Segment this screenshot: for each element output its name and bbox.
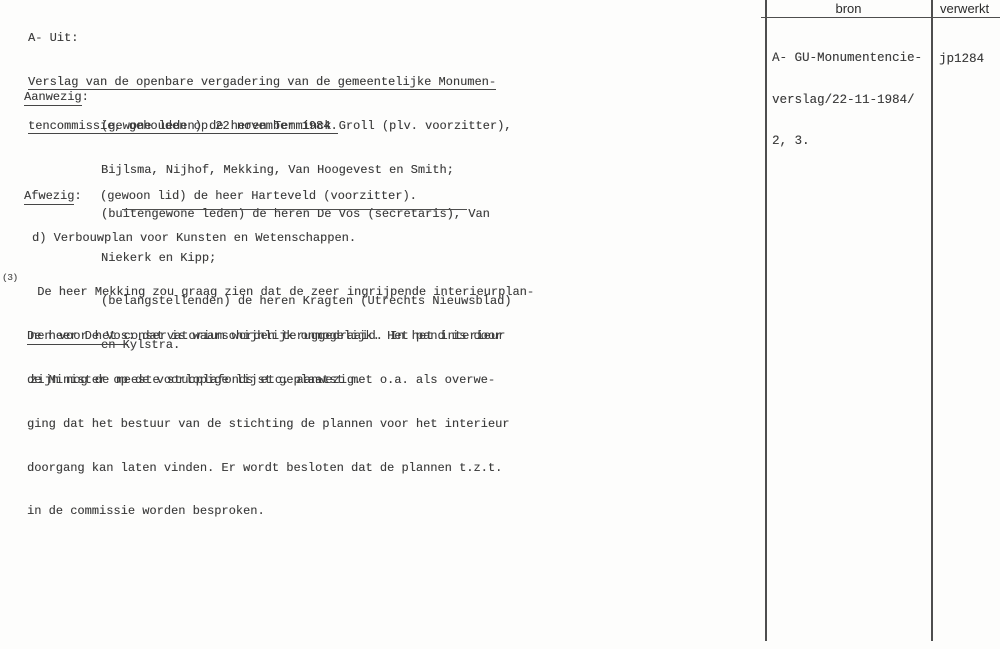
present-line: Bijlsma, Nijhof, Mekking, Van Hoogevest … — [101, 163, 511, 178]
paragraph-line: De heer Mekking zou graag zien dat de ze… — [30, 285, 534, 300]
doc-header-kind: A- Uit: — [28, 31, 496, 46]
paragraph-devos: De heer De Vos: dat is waarschijnlijk on… — [27, 300, 509, 548]
margin-note: (3) — [2, 271, 18, 286]
verwerkt-entry: jp1284 — [939, 53, 984, 67]
bron-entry: A- GU-Monumentencie- verslag/22-11-1984/… — [772, 24, 922, 177]
paragraph-line: in de commissie worden besproken. — [27, 504, 509, 519]
absent-underline-rule — [122, 209, 467, 210]
paragraph-line: ging dat het bestuur van de stichting de… — [27, 417, 509, 432]
sidebar-left-border — [765, 0, 767, 641]
sidebar-column-divider — [931, 0, 933, 641]
paragraph-line: doorgang kan laten vinden. Er wordt besl… — [27, 461, 509, 476]
present-label: Aanwezig: — [24, 90, 89, 105]
absent-text: (gewoon lid) de heer Harteveld (voorzitt… — [100, 189, 417, 204]
sidebar-header-underline — [761, 17, 1000, 19]
bron-entry-line: 2, 3. — [772, 135, 922, 149]
bron-column-header: bron — [765, 1, 932, 16]
agenda-item: d) Verbouwplan voor Kunsten en Wetenscha… — [32, 231, 356, 246]
document-page: A- Uit: Verslag van de openbare vergader… — [0, 0, 1000, 649]
bron-entry-line: verslag/22-11-1984/ — [772, 94, 922, 108]
paragraph-line: De heer De Vos: dat is waarschijnlijk on… — [27, 329, 509, 344]
present-line: (gewone leden) de heren Temminck Groll (… — [101, 119, 511, 134]
paragraph-line: de Minister op de voorlopige lijst gepla… — [27, 373, 509, 388]
doc-title-line-1: Verslag van de openbare vergadering van … — [28, 75, 496, 90]
speaker-name: De heer De Vos — [27, 329, 128, 345]
bron-entry-line: A- GU-Monumentencie- — [772, 52, 922, 66]
absent-label: Afwezig: — [24, 189, 82, 204]
verwerkt-column-header: verwerkt — [940, 1, 989, 16]
